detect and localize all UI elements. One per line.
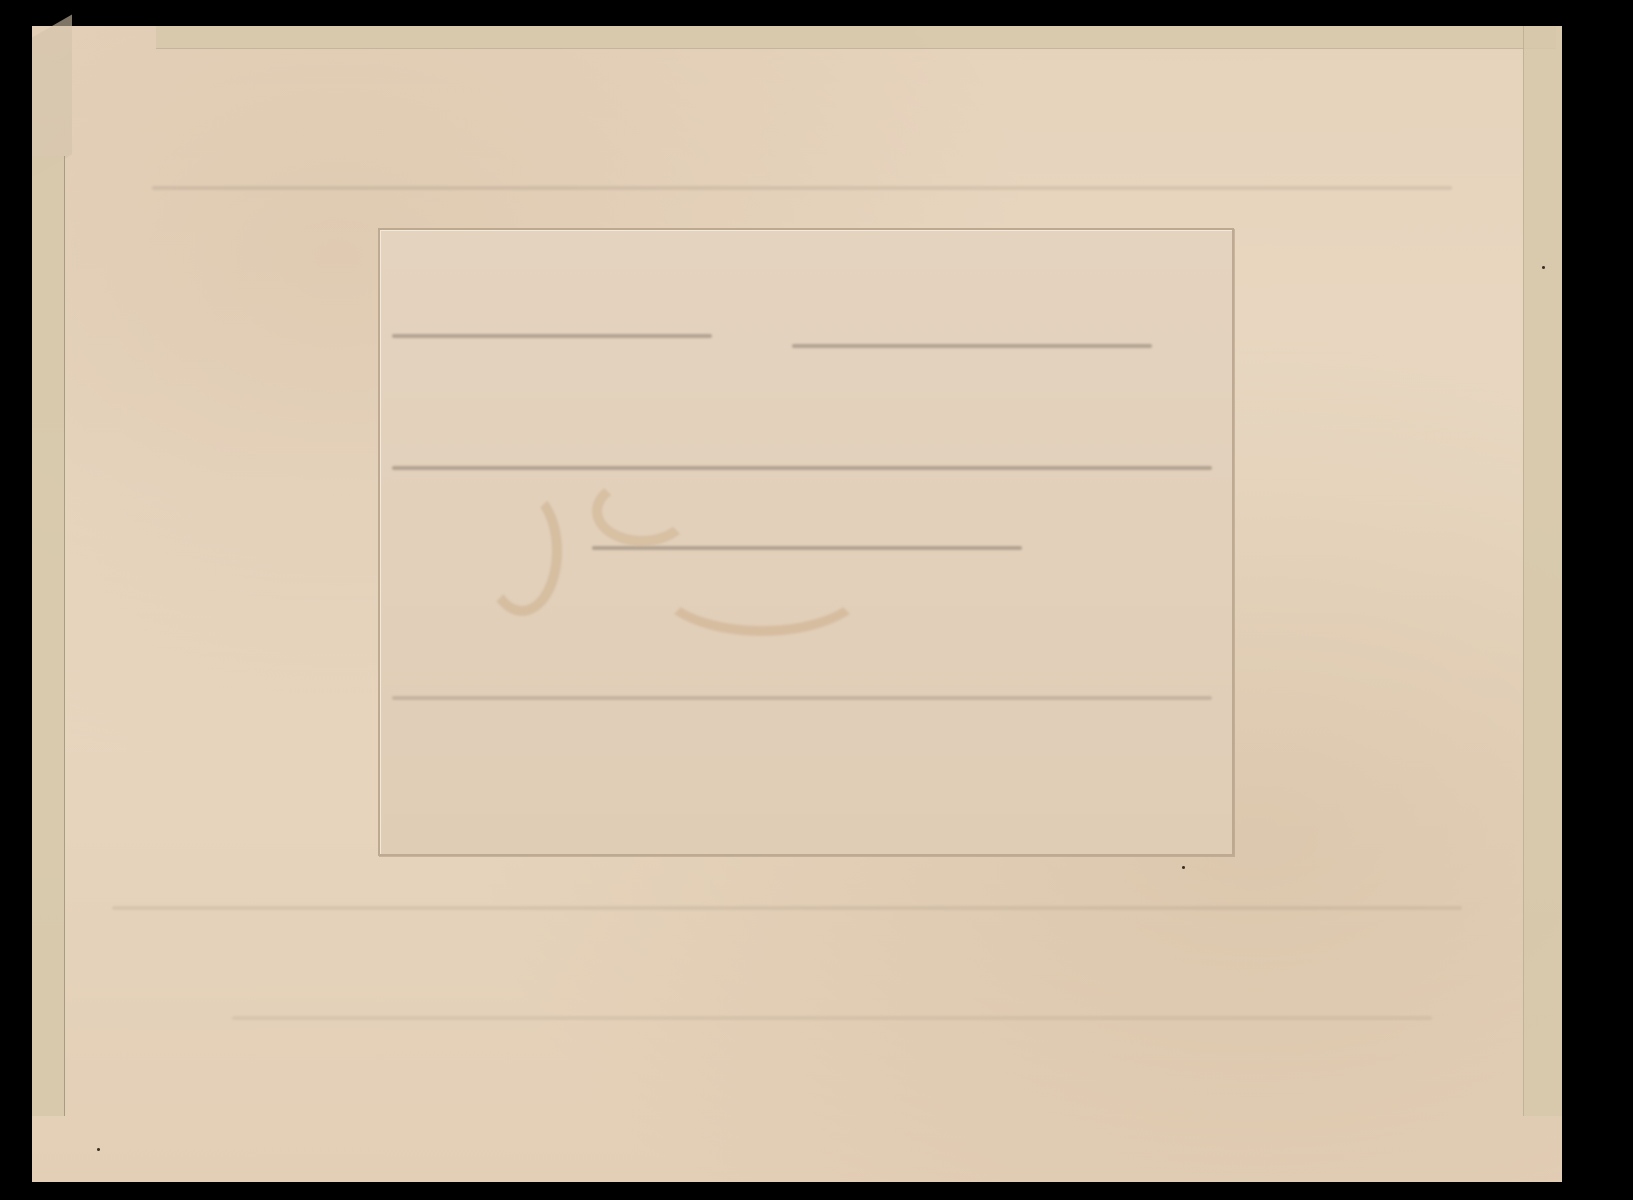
ink-show-through: [152, 186, 1452, 190]
brush-stroke: [592, 476, 692, 546]
ink-show-through: [392, 696, 1212, 700]
foxing-spot: [97, 1148, 100, 1151]
ink-show-through: [112, 906, 1462, 910]
hinge-tape-right: [1523, 26, 1562, 1116]
hinge-tape-top: [156, 26, 1556, 49]
ink-show-through: [392, 334, 712, 338]
ink-show-through: [232, 1016, 1432, 1020]
paper-sheet: [32, 26, 1562, 1182]
ink-show-through: [392, 466, 1212, 470]
foxing-spot: [1182, 866, 1185, 869]
brush-stroke: [482, 486, 562, 616]
brush-stroke: [652, 526, 872, 636]
hinge-tape-corner: [32, 14, 72, 177]
ink-show-through: [792, 344, 1152, 348]
foxing-spot: [1542, 266, 1545, 269]
hinge-tape-left: [32, 156, 65, 1116]
